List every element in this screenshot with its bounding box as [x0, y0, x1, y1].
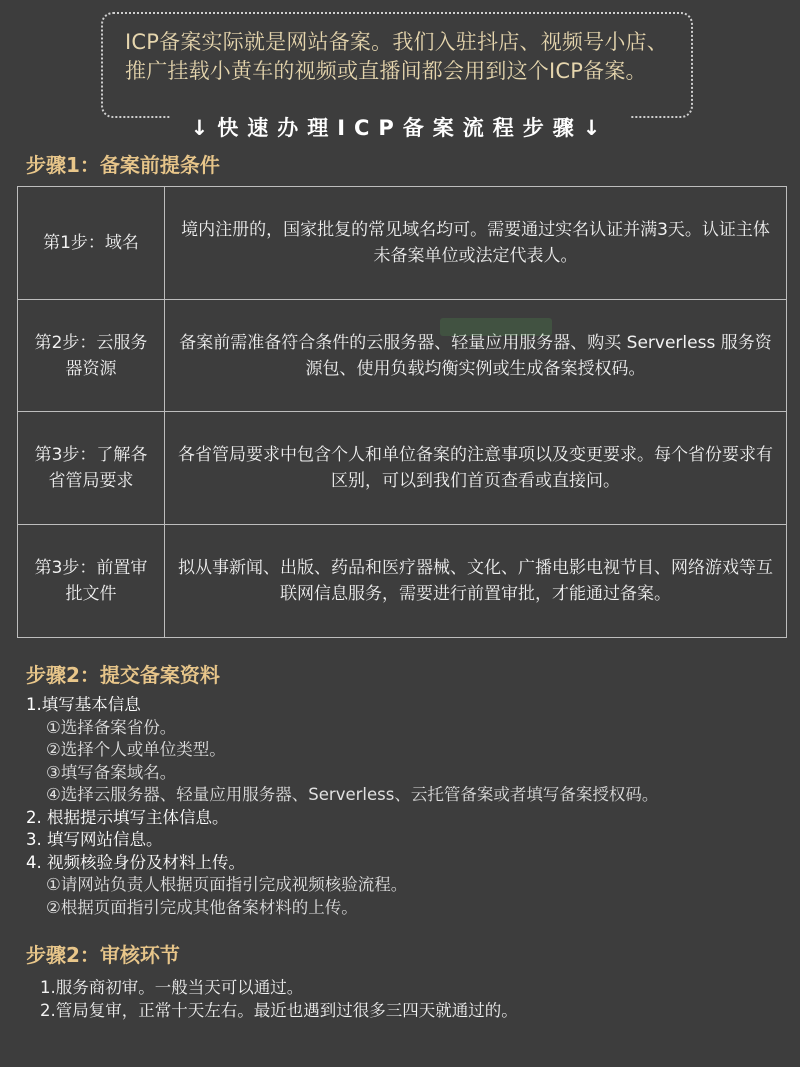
- step-content: 备案前需准备符合条件的云服务器、轻量应用服务器、购买 Serverless 服务…: [165, 300, 787, 412]
- step-content: 境内注册的，国家批复的常见域名均可。需要通过实名认证并满3天。认证主体未备案单位…: [165, 187, 787, 300]
- list-item: 4. 视频核验身份及材料上传。: [26, 852, 658, 875]
- list-item: 1.服务商初审。一般当天可以通过。: [40, 976, 518, 999]
- step-label: 第3步：前置审批文件: [18, 525, 165, 638]
- list-item: ③填写备案域名。: [26, 762, 658, 785]
- intro-box: ICP备案实际就是网站备案。我们入驻抖店、视频号小店、推广挂载小黄车的视频或直播…: [101, 12, 693, 118]
- list-item: ①选择备案省份。: [26, 717, 658, 740]
- submit-materials-list: 1.填写基本信息 ①选择备案省份。 ②选择个人或单位类型。 ③填写备案域名。 ④…: [26, 694, 658, 919]
- prerequisites-table: 第1步：域名 境内注册的，国家批复的常见域名均可。需要通过实名认证并满3天。认证…: [17, 186, 787, 638]
- list-item: 2. 根据提示填写主体信息。: [26, 807, 658, 830]
- step-label: 第2步：云服务器资源: [18, 300, 165, 412]
- list-item: ④选择云服务器、轻量应用服务器、Serverless、云托管备案或者填写备案授权…: [26, 784, 658, 807]
- flow-title: ↓快速办理ICP备案流程步骤↓: [170, 110, 630, 146]
- step-label: 第3步：了解各省管局要求: [18, 412, 165, 525]
- table-row: 第2步：云服务器资源 备案前需准备符合条件的云服务器、轻量应用服务器、购买 Se…: [18, 300, 787, 412]
- review-list: 1.服务商初审。一般当天可以通过。 2.管局复审，正常十天左右。最近也遇到过很多…: [40, 976, 518, 1022]
- list-item: 1.填写基本信息: [26, 694, 658, 717]
- intro-text: ICP备案实际就是网站备案。我们入驻抖店、视频号小店、推广挂载小黄车的视频或直播…: [125, 28, 675, 86]
- step-content: 拟从事新闻、出版、药品和医疗器械、文化、广播电影电视节目、网络游戏等互联网信息服…: [165, 525, 787, 638]
- table-row: 第3步：前置审批文件 拟从事新闻、出版、药品和医疗器械、文化、广播电影电视节目、…: [18, 525, 787, 638]
- list-item: ①请网站负责人根据页面指引完成视频核验流程。: [26, 874, 658, 897]
- list-item: 2.管局复审，正常十天左右。最近也遇到过很多三四天就通过的。: [40, 999, 518, 1022]
- table-row: 第3步：了解各省管局要求 各省管局要求中包含个人和单位备案的注意事项以及变更要求…: [18, 412, 787, 525]
- section2-heading: 步骤2：提交备案资料: [26, 661, 220, 689]
- list-item: ②根据页面指引完成其他备案材料的上传。: [26, 897, 658, 920]
- watermark: [440, 318, 552, 336]
- table-row: 第1步：域名 境内注册的，国家批复的常见域名均可。需要通过实名认证并满3天。认证…: [18, 187, 787, 300]
- section1-heading: 步骤1：备案前提条件: [26, 151, 220, 179]
- section3-heading: 步骤2：审核环节: [26, 941, 180, 969]
- list-item: 3. 填写网站信息。: [26, 829, 658, 852]
- step-content: 各省管局要求中包含个人和单位备案的注意事项以及变更要求。每个省份要求有区别，可以…: [165, 412, 787, 525]
- step-label: 第1步：域名: [18, 187, 165, 300]
- list-item: ②选择个人或单位类型。: [26, 739, 658, 762]
